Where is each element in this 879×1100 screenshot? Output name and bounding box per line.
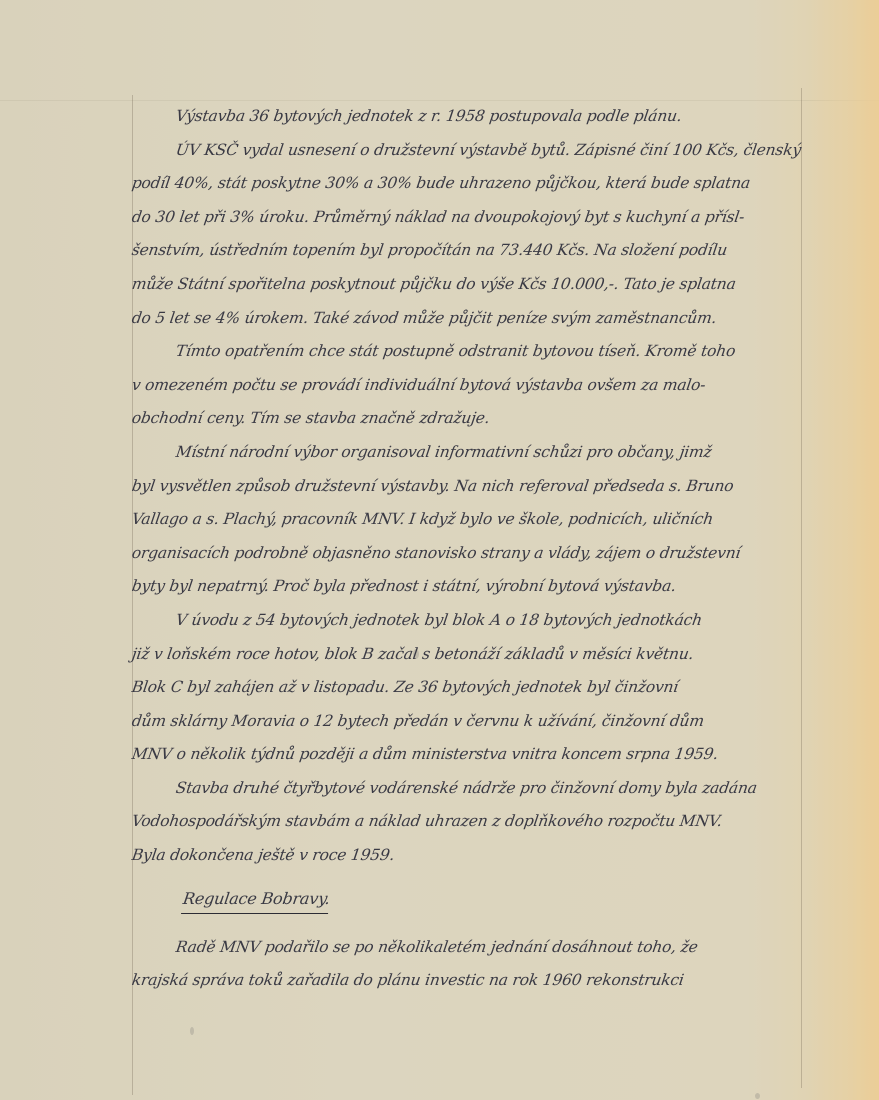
text-line: v omezeném počtu se provádí individuální… xyxy=(130,365,825,399)
handwritten-text: Výstavba 36 bytových jednotek z r. 1958 … xyxy=(130,96,820,994)
section-heading-text: Regulace Bobravy. xyxy=(181,887,331,914)
text-line: Vodohospodářským stavbám a náklad uhraze… xyxy=(130,801,825,835)
text-line: do 5 let se 4% úrokem. Také závod může p… xyxy=(130,298,825,332)
text-line: obchodní ceny. Tím se stavba značně zdra… xyxy=(130,398,825,432)
text-line: organisacích podrobně objasněno stanovis… xyxy=(130,533,825,567)
text-line: Výstavba 36 bytových jednotek z r. 1958 … xyxy=(130,96,825,130)
text-line: byty byl nepatrný. Proč byla přednost i … xyxy=(130,566,825,600)
text-line: Blok C byl zahájen až v listopadu. Ze 36… xyxy=(130,667,825,701)
text-line: dům sklárny Moravia o 12 bytech předán v… xyxy=(130,701,825,735)
section-heading: Regulace Bobravy. xyxy=(130,875,826,921)
ink-spot xyxy=(190,1027,194,1035)
text-line: V úvodu z 54 bytových jednotek byl blok … xyxy=(130,600,825,634)
text-line: podíl 40%, stát poskytne 30% a 30% bude … xyxy=(130,163,825,197)
text-line: Byla dokončena ještě v roce 1959. xyxy=(130,835,825,869)
text-line: Stavba druhé čtyřbytové vodárenské nádrž… xyxy=(130,768,825,802)
text-line: Místní národní výbor organisoval informa… xyxy=(130,432,825,466)
text-line: byl vysvětlen způsob družstevní výstavby… xyxy=(130,466,825,500)
document-page: Výstavba 36 bytových jednotek z r. 1958 … xyxy=(0,0,879,1100)
ink-spot xyxy=(755,1093,760,1099)
text-line: Tímto opatřením chce stát postupně odstr… xyxy=(130,331,825,365)
text-line: Vallago a s. Plachý, pracovník MNV. I kd… xyxy=(130,499,825,533)
text-line: může Státní spořitelna poskytnout půjčku… xyxy=(130,264,825,298)
text-line: Radě MNV podařilo se po několikaletém je… xyxy=(130,927,825,961)
text-line: do 30 let při 3% úroku. Průměrný náklad … xyxy=(130,197,825,231)
text-line: šenstvím, ústředním topením byl propočít… xyxy=(130,230,825,264)
text-line: MNV o několik týdnů později a dům minist… xyxy=(130,734,825,768)
text-line: ÚV KSČ vydal usnesení o družstevní výsta… xyxy=(130,130,825,164)
text-line: krajská správa toků zařadila do plánu in… xyxy=(130,960,825,994)
text-line: již v loňském roce hotov, blok B začal s… xyxy=(130,634,825,668)
